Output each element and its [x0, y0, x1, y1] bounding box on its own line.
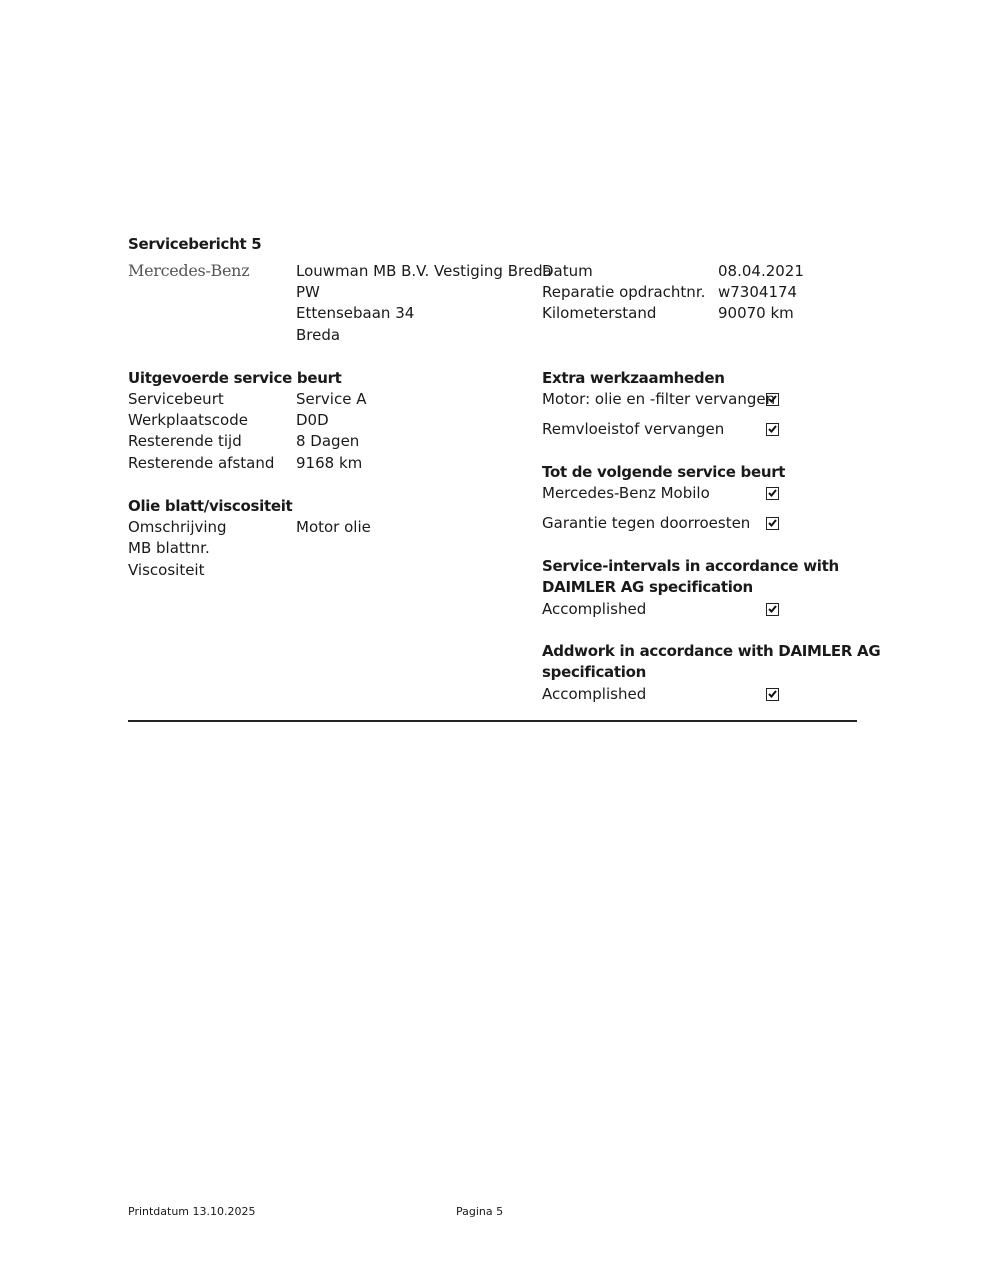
dealer-name: Louwman MB B.V. Vestiging Breda — [296, 261, 552, 282]
check-label: Remvloeistof vervangen — [542, 419, 724, 440]
section-heading: Uitgevoerde service beurt — [128, 368, 342, 389]
checkbox-checked-icon — [766, 487, 779, 500]
check-label: Mercedes-Benz Mobilo — [542, 483, 710, 504]
meta-value-mileage: 90070 km — [718, 303, 794, 324]
dealer-city: Breda — [296, 325, 340, 346]
section-heading: DAIMLER AG specification — [542, 577, 753, 598]
checkbox-checked-icon — [766, 688, 779, 701]
row-label: Resterende tijd — [128, 431, 242, 452]
brand-logo-text: Mercedes-Benz — [128, 261, 249, 280]
section-heading: specification — [542, 662, 646, 683]
row-label: Viscositeit — [128, 560, 204, 581]
page-number: Pagina 5 — [456, 1205, 503, 1219]
check-label: Motor: olie en -filter vervangen — [542, 389, 775, 410]
section-heading: Tot de volgende service beurt — [542, 462, 785, 483]
meta-value-order: w7304174 — [718, 282, 797, 303]
meta-value-date: 08.04.2021 — [718, 261, 804, 282]
row-label: Resterende afstand — [128, 453, 274, 474]
row-value: D0D — [296, 410, 329, 431]
section-heading: Extra werkzaamheden — [542, 368, 725, 389]
row-label: Servicebeurt — [128, 389, 224, 410]
dealer-street: Ettensebaan 34 — [296, 303, 414, 324]
row-label: Werkplaatscode — [128, 410, 248, 431]
row-value: Service A — [296, 389, 366, 410]
check-label: Garantie tegen doorroesten — [542, 513, 750, 534]
section-heading: Service-intervals in accordance with — [542, 556, 839, 577]
page-title: Servicebericht 5 — [128, 234, 261, 255]
dealer-line: PW — [296, 282, 320, 303]
meta-label: Reparatie opdrachtnr. — [542, 282, 705, 303]
print-date: Printdatum 13.10.2025 — [128, 1205, 256, 1219]
checkbox-checked-icon — [766, 603, 779, 616]
section-heading: Addwork in accordance with DAIMLER AG — [542, 641, 880, 662]
row-label: MB blattnr. — [128, 538, 210, 559]
row-label: Omschrijving — [128, 517, 227, 538]
meta-label: Kilometerstand — [542, 303, 656, 324]
check-label: Accomplished — [542, 599, 646, 620]
row-value: 9168 km — [296, 453, 362, 474]
checkbox-checked-icon — [766, 393, 779, 406]
checkbox-checked-icon — [766, 517, 779, 530]
row-value: 8 Dagen — [296, 431, 359, 452]
row-value: Motor olie — [296, 517, 371, 538]
section-divider — [128, 720, 857, 722]
checkbox-checked-icon — [766, 423, 779, 436]
meta-label: Datum — [542, 261, 593, 282]
section-heading: Olie blatt/viscositeit — [128, 496, 292, 517]
check-label: Accomplished — [542, 684, 646, 705]
